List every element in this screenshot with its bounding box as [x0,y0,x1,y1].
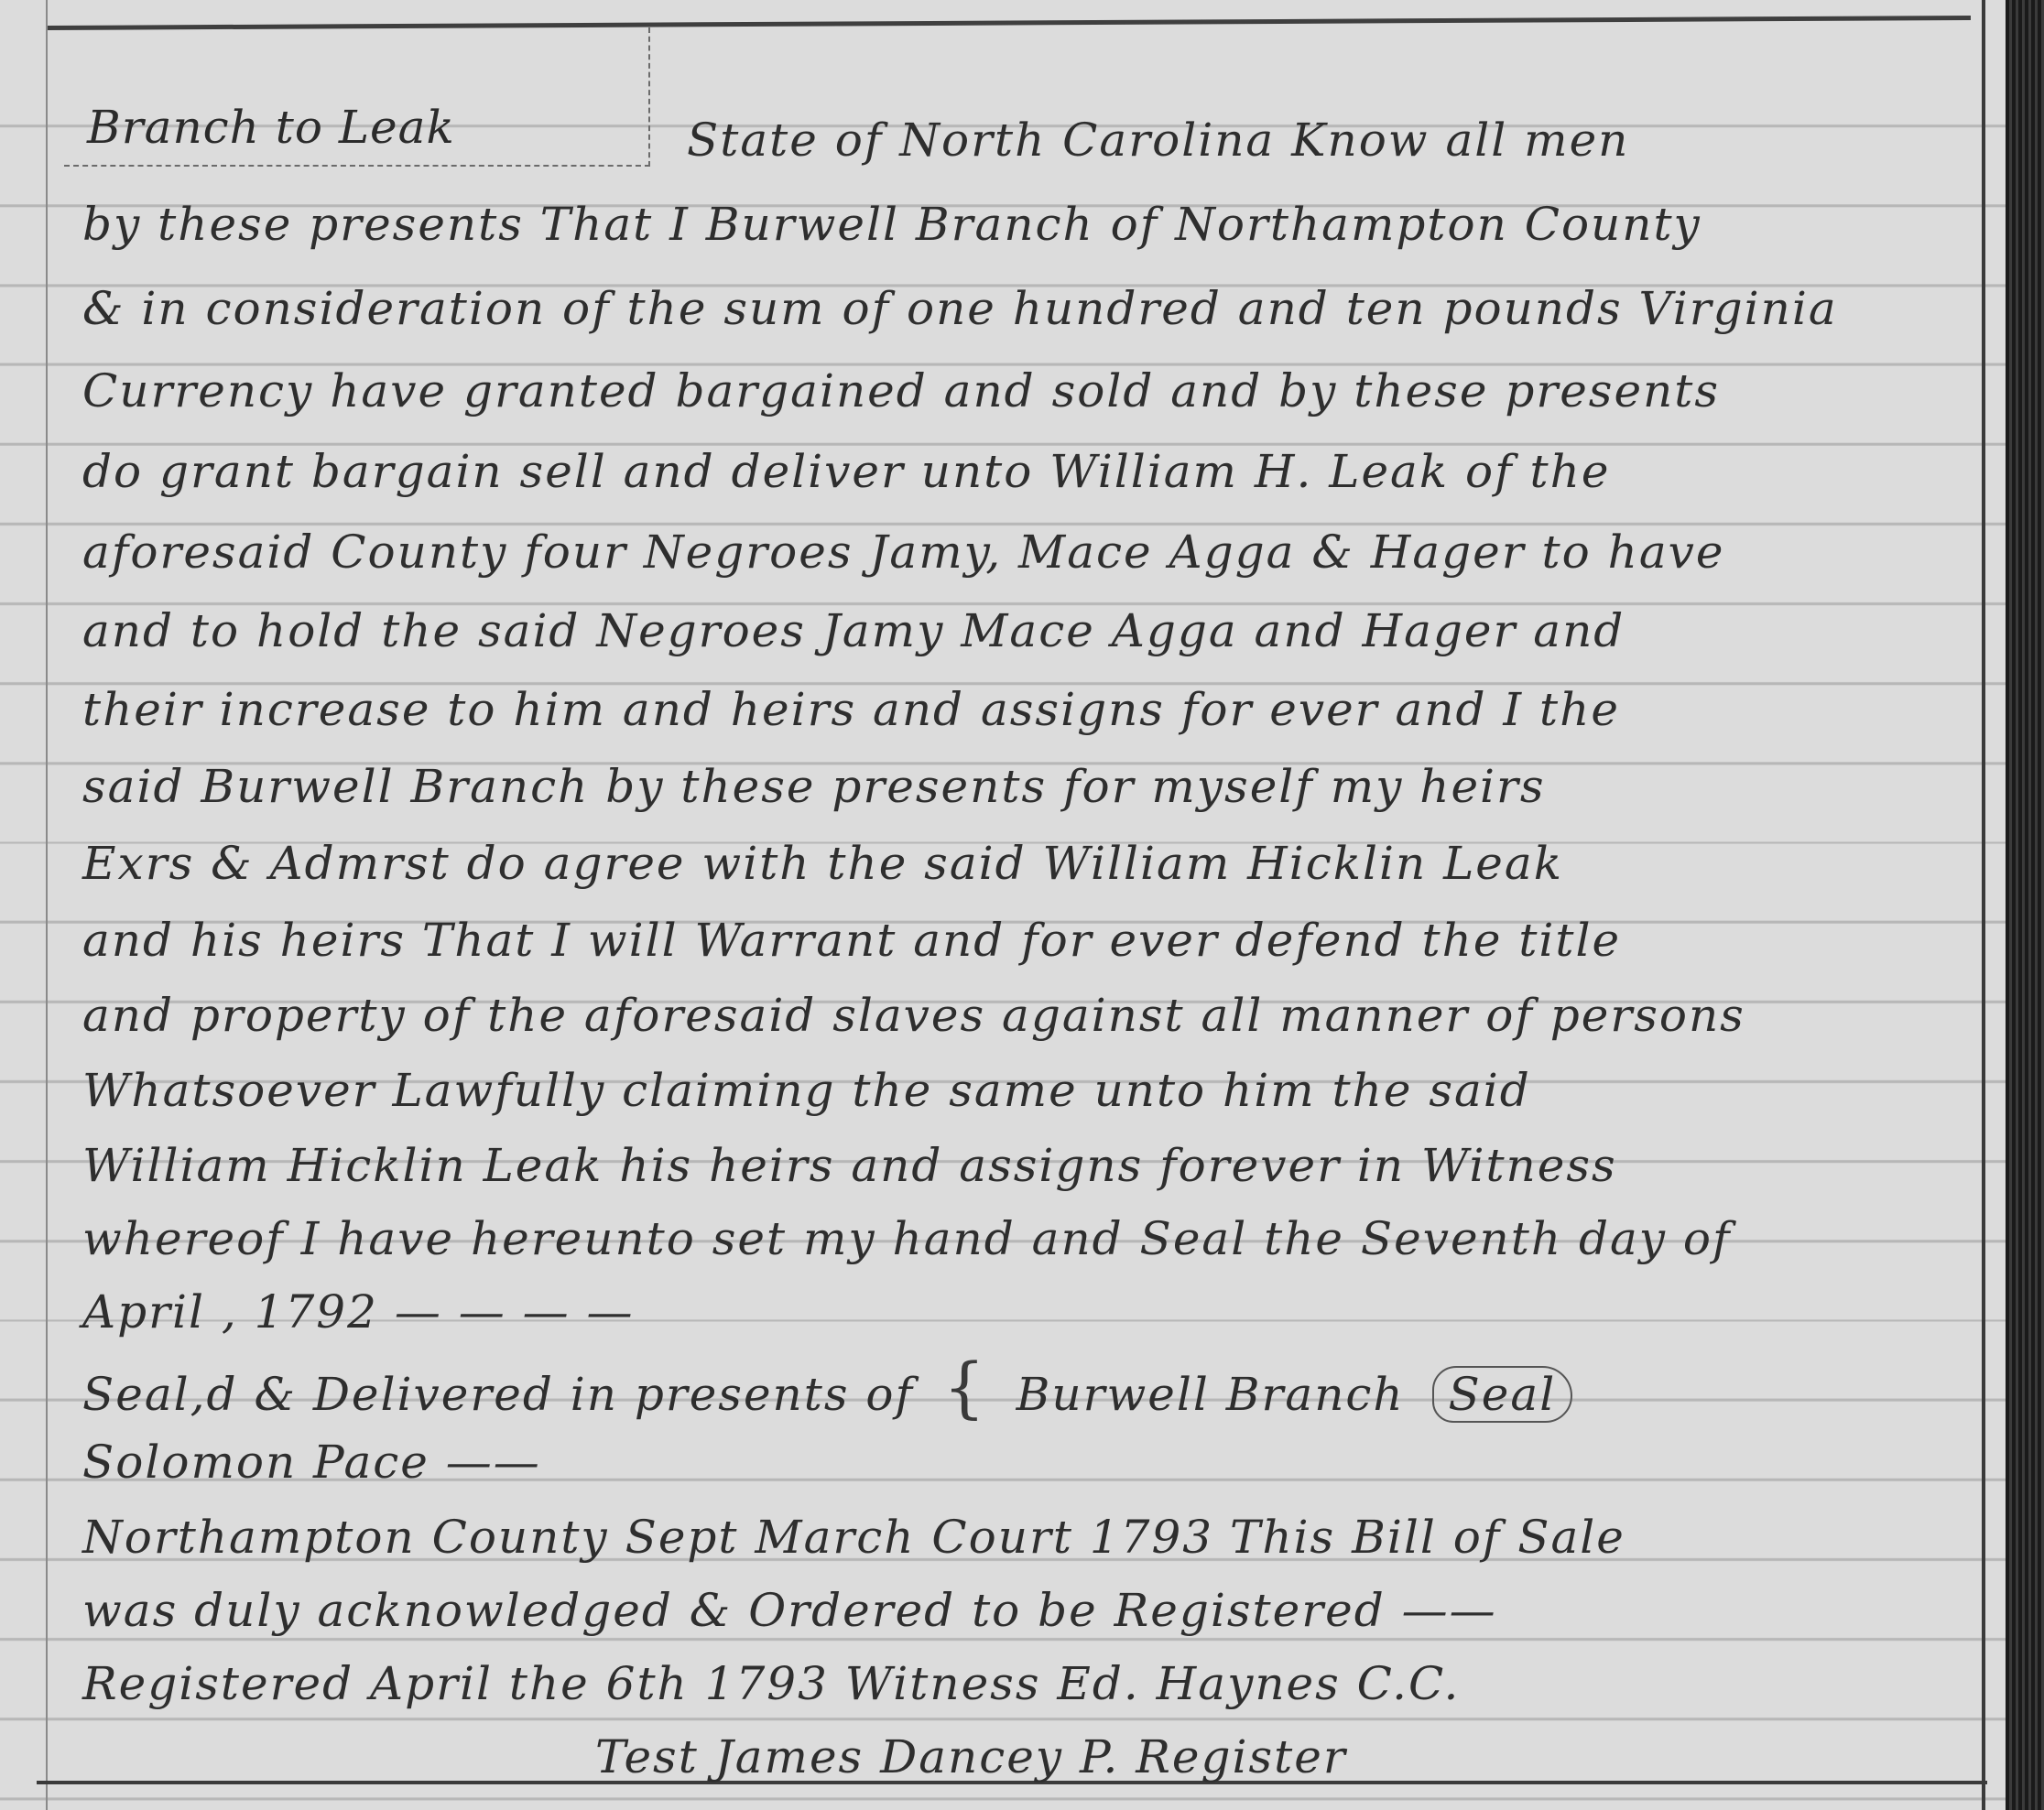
deed-line: and to hold the said Negroes Jamy Mace A… [82,591,1625,670]
attestation-text: Seal,d & Delivered in presents of [82,1368,914,1421]
deed-line: by these presents That I Burwell Branch … [82,185,1702,264]
deed-line: said Burwell Branch by these presents fo… [82,747,1546,826]
right-border [1982,0,1985,1810]
deed-line: and his heirs That I will Warrant and fo… [82,901,1621,980]
ledger-page: Branch to Leak State of North Carolina K… [0,0,2044,1810]
deed-line: Currency have granted bargained and sold… [82,352,1720,430]
deed-line: State of North Carolina Know all men [687,101,1629,179]
deed-line: William Hicklin Leak his heirs and assig… [82,1126,1617,1205]
brace-icon: { [943,1348,987,1426]
book-binding [2006,0,2044,1810]
deed-line: whereof I have hereunto set my hand and … [82,1199,1732,1278]
deed-line: Whatsoever Lawfully claiming the same un… [82,1051,1531,1130]
signer-name: Burwell Branch [1017,1368,1405,1421]
deed-line: & in consideration of the sum of one hun… [82,269,1838,348]
deed-line: do grant bargain sell and deliver unto W… [82,432,1610,511]
deed-line: Exrs & Admrst do agree with the said Wil… [82,824,1563,903]
deed-date-line: April , 1792 — — — — [82,1273,635,1351]
deed-line: aforesaid County four Negroes Jamy, Mace… [82,513,1724,591]
register-signature: Test James Dancey P. Register [595,1718,1347,1796]
margin-line [46,0,48,1810]
deed-line: and property of the aforesaid slaves aga… [82,976,1745,1055]
registration-line: Northampton County Sept March Court 1793… [82,1498,1625,1577]
deed-caption: Branch to Leak [87,101,455,154]
witness-line: Solomon Pace —— [82,1423,541,1501]
attestation-line: Seal,d & Delivered in presents of { Burw… [82,1348,1572,1426]
deed-line: their increase to him and heirs and assi… [82,670,1620,749]
registration-line: Registered April the 6th 1793 Witness Ed… [82,1644,1460,1723]
registration-line: was duly acknowledged & Ordered to be Re… [82,1571,1497,1650]
seal-mark: Seal [1432,1366,1573,1423]
